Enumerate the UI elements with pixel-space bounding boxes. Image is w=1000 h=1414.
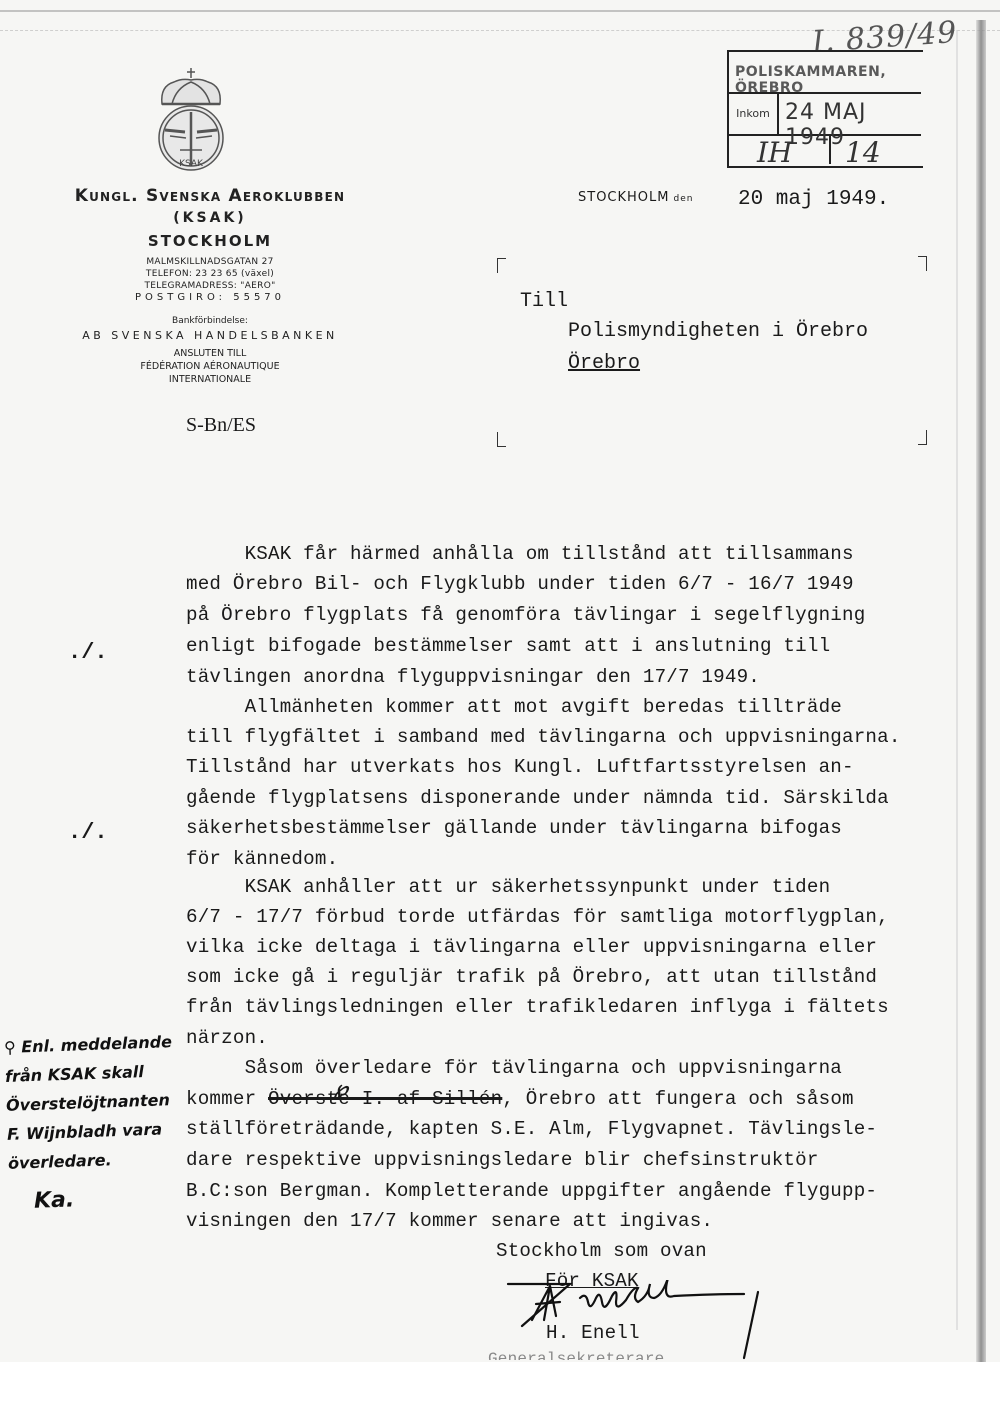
- enclosure-mark: ./.: [68, 820, 108, 845]
- stamp-date-row: Inkom 24 MAJ 1949: [729, 92, 921, 136]
- street-address: MALMSKILLNADSGATAN 27: [40, 256, 380, 268]
- ksak-crown-emblem-icon: KSAK: [150, 66, 232, 174]
- signer-name: H. Enell: [546, 1322, 640, 1344]
- body-line-with-strikethrough: kommer Överste I. af Sillén, Örebro att …: [186, 1088, 854, 1110]
- dateline: STOCKHOLMden: [578, 190, 693, 205]
- body-line: Tillstånd har utverkats hos Kungl. Luftf…: [186, 756, 854, 778]
- body-line: KSAK anhåller att ur säkerhetssynpunkt u…: [186, 876, 830, 898]
- organization-contact: MALMSKILLNADSGATAN 27 TELEFON: 23 23 65 …: [40, 256, 380, 304]
- note-line: F. Wijnbladh vara: [7, 1114, 176, 1149]
- handwritten-initials: Ka.: [34, 1185, 75, 1215]
- bank-name: AB SVENSKA HANDELSBANKEN: [40, 329, 380, 342]
- address-corner-tr: [918, 256, 927, 271]
- dateline-den: den: [674, 194, 694, 204]
- body-line: säkerhetsbestämmelser gällande under täv…: [186, 817, 842, 839]
- organization-city: STOCKHOLM: [40, 232, 380, 250]
- reference-code: S-Bn/ES: [186, 414, 256, 437]
- body-line: Såsom överledare för tävlingarna och upp…: [186, 1057, 842, 1079]
- svg-text:KSAK: KSAK: [179, 159, 204, 169]
- body-line: Allmänheten kommer att mot avgift bereda…: [186, 696, 842, 718]
- body-line: B.C:son Bergman. Kompletterande uppgifte…: [186, 1180, 877, 1202]
- body-line: enligt bifogade bestämmelser samt att i …: [186, 635, 830, 657]
- body-line: på Örebro flygplats få genomföra tävling…: [186, 604, 865, 626]
- address-corner-tl: [497, 258, 506, 273]
- signer-title: Generalsekreterare: [488, 1350, 664, 1360]
- stamp-divider: [829, 134, 831, 164]
- letter-date: 20 maj 1949.: [738, 188, 889, 211]
- address-corner-br: [918, 430, 927, 445]
- postgiro: POSTGIRO: 55570: [40, 292, 380, 304]
- note-line: överledare.: [8, 1143, 177, 1178]
- organization-abbreviation: (KSAK): [40, 210, 380, 226]
- enclosure-mark: ./.: [68, 640, 108, 665]
- recipient-to: Till: [520, 290, 568, 313]
- body-line: från tävlingsledningen eller trafikledar…: [186, 996, 889, 1018]
- organization-name: Kungl. Svenska Aeroklubben: [40, 186, 380, 206]
- stamp-received-label: Inkom: [729, 94, 779, 134]
- body-line: med Örebro Bil- och Flygklubb under tide…: [186, 573, 854, 595]
- telegram-address: TELEGRAMADRESS: "AERO": [40, 280, 380, 292]
- stamp-cell-left: IH: [757, 136, 792, 169]
- handwritten-note: ⚲ Enl. meddelande från KSAK skall Överst…: [4, 1027, 177, 1178]
- received-stamp: POLISKAMMAREN, ÖREBRO Inkom 24 MAJ 1949 …: [727, 50, 923, 168]
- body-line: KSAK får härmed anhålla om tillstånd att…: [186, 543, 854, 565]
- body-line: närzon.: [186, 1027, 268, 1049]
- body-line: för kännedom.: [186, 848, 338, 870]
- body-line: dare respektive uppvisningsledare blir c…: [186, 1149, 819, 1171]
- bank-label: Bankförbindelse:: [40, 316, 380, 326]
- stamp-cell-right: 14: [845, 136, 881, 169]
- body-line: till flygfältet i samband med tävlingarn…: [186, 726, 901, 748]
- affiliation: ANSLUTEN TILL FÉDÉRATION AÉRONAUTIQUE IN…: [40, 347, 380, 386]
- address-corner-bl: [497, 432, 506, 447]
- body-line: ställföreträdande, kapten S.E. Alm, Flyg…: [186, 1118, 877, 1140]
- insertion-mark-icon: ℘: [334, 1076, 348, 1100]
- note-line: ⚲ Enl. meddelande: [4, 1027, 173, 1062]
- body-line: 6/7 - 17/7 förbud torde utfärdas för sam…: [186, 906, 889, 928]
- closing-place: Stockholm som ovan: [496, 1240, 707, 1262]
- affiliation-line: FÉDÉRATION AÉRONAUTIQUE: [40, 360, 380, 373]
- affiliation-line: INTERNATIONALE: [40, 373, 380, 386]
- dateline-place: STOCKHOLM: [578, 190, 670, 205]
- body-line: tävlingen anordna flyguppvisningar den 1…: [186, 666, 760, 688]
- recipient-name: Polismyndigheten i Örebro: [568, 320, 868, 343]
- scan-edge-line: [956, 30, 958, 1330]
- body-line: visningen den 17/7 kommer senare att ing…: [186, 1210, 713, 1232]
- struck-name: Överste I. af Sillén: [268, 1088, 502, 1110]
- body-text: , Örebro att fungera och såsom: [502, 1088, 853, 1110]
- signature-scribble-icon: [500, 1280, 800, 1360]
- body-line: som icke gå i reguljär trafik på Örebro,…: [186, 966, 877, 988]
- body-line: gående flygplatsens disponerande under n…: [186, 787, 889, 809]
- scan-edge-shadow: [976, 20, 986, 1362]
- affiliation-line: ANSLUTEN TILL: [40, 347, 380, 360]
- body-text: kommer: [186, 1088, 268, 1110]
- body-line: vilka icke deltaga i tävlingarna eller u…: [186, 936, 877, 958]
- recipient-city: Örebro: [568, 352, 640, 375]
- telephone: TELEFON: 23 23 65 (växel): [40, 268, 380, 280]
